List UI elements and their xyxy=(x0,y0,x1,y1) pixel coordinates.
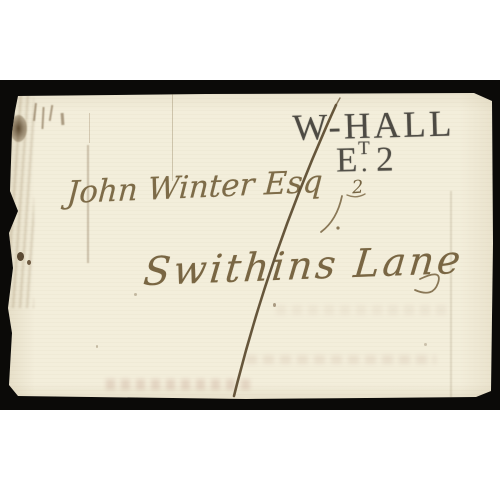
foxing-spot xyxy=(424,343,427,346)
address-street-line: Swithins Lane xyxy=(141,238,465,295)
ink-show-through xyxy=(276,305,446,315)
ink-show-through xyxy=(246,355,436,364)
foxing-spot xyxy=(134,293,137,296)
ink-show-through xyxy=(106,379,256,390)
letter-paper: W-HALL E T . 2 John Winter Esq 2 Swithin… xyxy=(6,93,493,399)
stain-streak xyxy=(33,103,37,121)
postmark-duty-letter: E xyxy=(336,140,358,180)
esq-flourish-dot xyxy=(336,226,339,229)
postmark-duty-period: . xyxy=(361,158,368,168)
esq-tail-flourish xyxy=(321,196,342,232)
diagonal-pen-stroke-tip xyxy=(336,98,340,105)
stain-streak xyxy=(49,105,53,121)
fold-crease xyxy=(450,191,452,399)
foxing-spot xyxy=(96,345,98,348)
stain-streak xyxy=(61,113,65,125)
address-recipient-superscript: 2 xyxy=(351,177,364,199)
ink-blot xyxy=(10,115,27,142)
postmark-duty-line: E T . 2 xyxy=(336,140,394,181)
fold-crease xyxy=(89,113,90,143)
stain-streak xyxy=(41,107,44,129)
address-recipient-line: John Winter Esq xyxy=(66,164,324,211)
postmark-duty-number: 2 xyxy=(376,140,394,180)
foxing-spot xyxy=(273,303,276,307)
fold-crease xyxy=(172,93,173,181)
postmark-duty-superscript-stack: T . xyxy=(358,140,370,168)
page-background: W-HALL E T . 2 John Winter Esq 2 Swithin… xyxy=(0,0,500,500)
foxing-spot xyxy=(17,252,24,261)
foxing-spot xyxy=(27,260,31,265)
cover-photograph: W-HALL E T . 2 John Winter Esq 2 Swithin… xyxy=(0,80,500,410)
